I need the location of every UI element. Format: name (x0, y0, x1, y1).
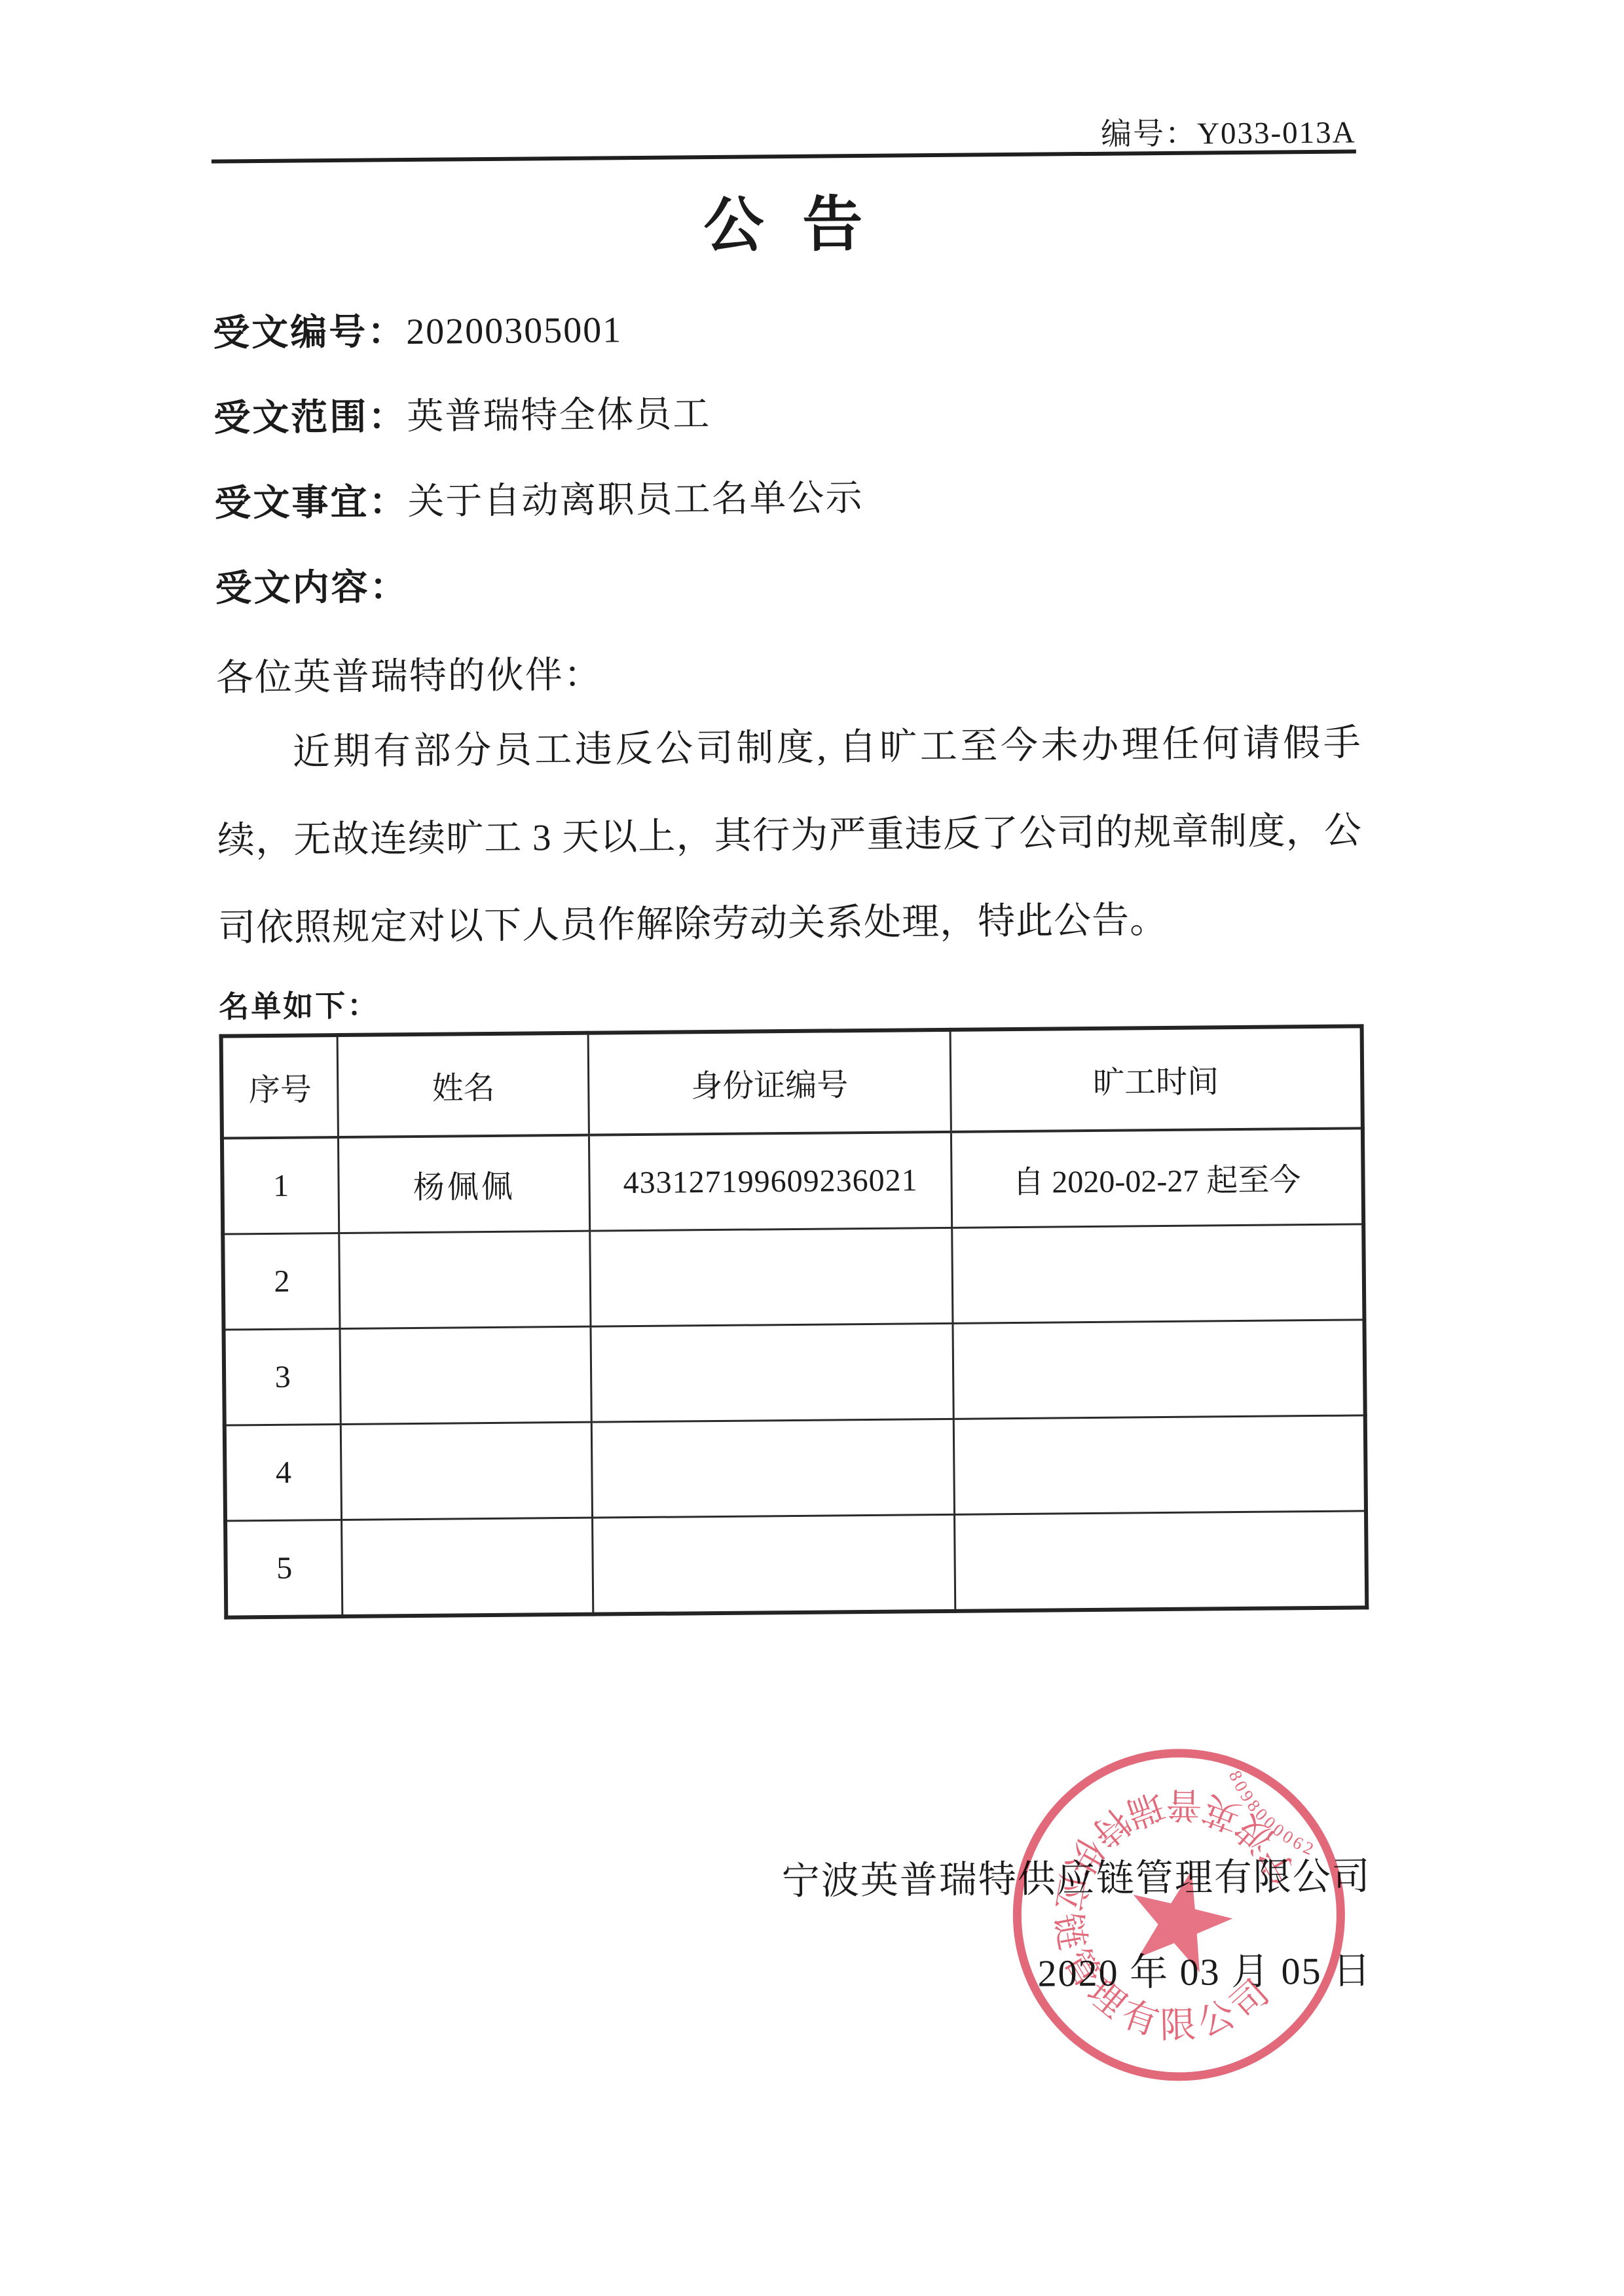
dismissal-table: 序号 姓名 身份证编号 旷工时间 1 杨佩佩 43312719960923602… (219, 1024, 1369, 1619)
field-list: 受文编号：20200305001 受文范围：英普瑞特全体员工 受文事宜：关于自动… (213, 304, 1360, 654)
cell-id (593, 1514, 955, 1614)
cell-index: 1 (222, 1137, 339, 1234)
field-scope-label: 受文范围： (213, 395, 407, 439)
cell-absence: 自 2020-02-27 起至今 (951, 1128, 1363, 1228)
col-header-name: 姓名 (337, 1033, 589, 1137)
field-subject: 受文事宜：关于自动离职员工名单公示 (214, 474, 1359, 521)
seal-star-icon (1119, 1859, 1241, 1977)
cell-id (590, 1228, 952, 1326)
table-header-row: 序号 姓名 身份证编号 旷工时间 (221, 1026, 1363, 1138)
table-row: 4 (225, 1415, 1366, 1521)
salutation: 各位英普瑞特的伙伴： (215, 638, 1361, 701)
cell-absence (954, 1511, 1367, 1611)
cell-name (339, 1231, 591, 1328)
cell-id: 433127199609236021 (589, 1132, 951, 1231)
col-header-id: 身份证编号 (588, 1030, 951, 1135)
field-scope: 受文范围：英普瑞特全体员工 (213, 389, 1358, 436)
field-content: 受文内容： (215, 559, 1359, 606)
cell-name (341, 1422, 592, 1520)
cell-absence (951, 1224, 1364, 1323)
cell-index: 4 (225, 1425, 342, 1522)
cell-name: 杨佩佩 (339, 1135, 590, 1233)
document-content: 编号：Y033-013A 公 告 受文编号：20200305001 受文范围：英… (210, 0, 1375, 2296)
cell-absence (953, 1320, 1365, 1419)
field-subject-value: 关于自动离职员工名单公示 (407, 478, 864, 522)
cell-index: 3 (224, 1329, 341, 1426)
cell-id (592, 1419, 954, 1518)
body-line-1: 近期有部分员工违反公司制度, 自旷工至今未办理任何请假手 (217, 723, 1361, 773)
field-subject-label: 受文事宜： (214, 481, 408, 524)
field-doc-id-label: 受文编号： (213, 310, 407, 354)
doc-number-value: Y033-013A (1197, 115, 1356, 151)
table-row: 5 (225, 1511, 1367, 1618)
cell-name (342, 1518, 594, 1616)
cell-index: 5 (225, 1520, 342, 1618)
body-line-3: 司依照规定对以下人员作解除劳动关系处理，特此公告。 (218, 899, 1363, 948)
body-paragraph: 近期有部分员工违反公司制度, 自旷工至今未办理任何请假手 续，无故连续旷工 3 … (217, 723, 1363, 996)
document-page: 编号：Y033-013A 公 告 受文编号：20200305001 受文范围：英… (0, 0, 1624, 2296)
field-doc-id-value: 20200305001 (406, 310, 623, 352)
company-seal-stamp: 宁波英普瑞特供应链管理有限公司 8098000062908 (994, 1730, 1364, 2100)
cell-index: 2 (223, 1233, 340, 1330)
field-doc-id: 受文编号：20200305001 (213, 304, 1357, 351)
cell-name (340, 1326, 591, 1424)
table-row: 1 杨佩佩 433127199609236021 自 2020-02-27 起至… (222, 1128, 1363, 1234)
cell-id (591, 1323, 953, 1422)
doc-number-label: 编号： (1101, 117, 1197, 152)
field-scope-value: 英普瑞特全体员工 (407, 394, 711, 437)
field-content-label: 受文内容： (215, 566, 409, 609)
body-line-2: 续，无故连续旷工 3 天以上，其行为严重违反了公司的规章制度，公 (217, 811, 1362, 860)
cell-absence (953, 1415, 1366, 1514)
table-row: 2 (223, 1224, 1364, 1330)
page-title: 公 告 (212, 186, 1357, 265)
col-header-absence: 旷工时间 (950, 1026, 1363, 1131)
col-header-index: 序号 (221, 1035, 339, 1139)
list-intro: 名单如下： (219, 973, 1364, 1026)
table-row: 3 (224, 1320, 1365, 1425)
